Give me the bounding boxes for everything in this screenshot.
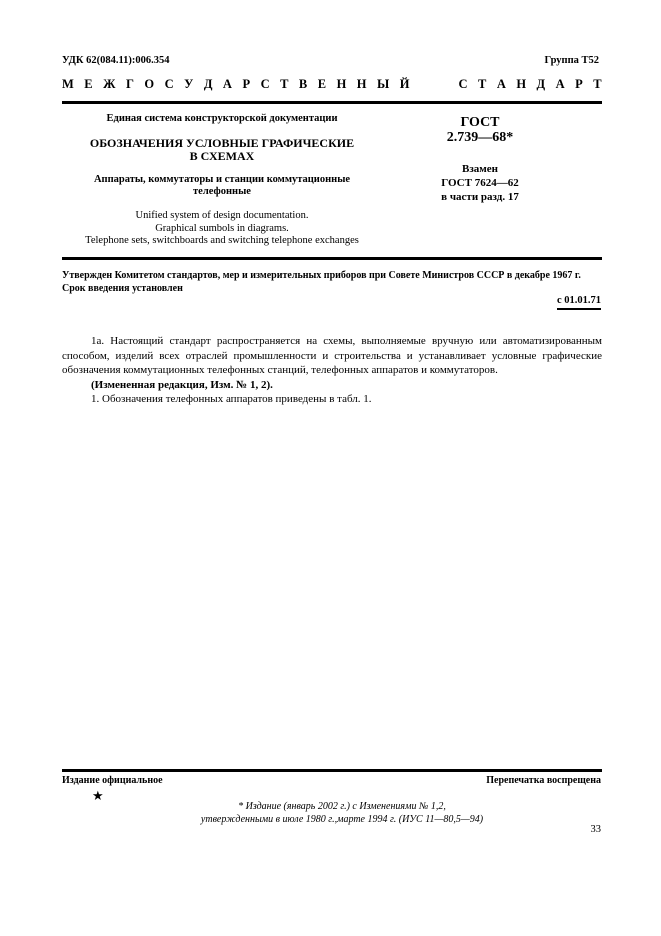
approval-statement: Утвержден Комитетом стандартов, мер и из…	[62, 269, 607, 295]
replaces-line-3: в части разд. 17	[410, 190, 550, 204]
amended-note: (Измененная редакция, Изм. № 1, 2).	[62, 378, 602, 393]
edition-note: * Издание (январь 2002 г.) с Изменениями…	[62, 800, 622, 826]
document-title-line-2: В СХЕМАХ	[62, 150, 382, 163]
edition-note-line-2: утвержденными в июле 1980 г.,марте 1994 …	[62, 813, 622, 826]
document-title: ОБОЗНАЧЕНИЯ УСЛОВНЫЕ ГРАФИЧЕСКИЕ В СХЕМА…	[62, 137, 382, 163]
banner-gap	[420, 77, 448, 92]
banner-word-1-letter: У	[184, 77, 193, 92]
replaces-line-2: ГОСТ 7624—62	[410, 176, 550, 190]
banner-word-1-letter: М	[62, 77, 74, 92]
english-title-line-3: Telephone sets, switchboards and switchi…	[62, 235, 382, 248]
banner-word-1-letter: О	[144, 77, 154, 92]
group-code: Группа Т52	[545, 55, 599, 66]
introduction-term: Срок введения установлен	[62, 282, 607, 295]
banner-word-1-letter: Й	[400, 77, 410, 92]
introduction-date: с 01.01.71	[557, 295, 601, 310]
banner-word-2-letter: Р	[575, 77, 583, 92]
replaces-line-1: Взамен	[410, 162, 550, 176]
banner-word-1-letter: Ж	[103, 77, 115, 92]
paragraph-1a: 1а. Настоящий стандарт распространяется …	[62, 334, 602, 378]
document-subtitle-line-1: Аппараты, коммутаторы и станции коммутац…	[62, 174, 382, 186]
banner-word-2-letter: Д	[537, 77, 546, 92]
banner-word-1-letter: Р	[242, 77, 250, 92]
edition-note-line-1: * Издание (январь 2002 г.) с Изменениями…	[62, 800, 622, 813]
gost-label: ГОСТ	[410, 115, 550, 130]
document-subtitle: Аппараты, коммутаторы и станции коммутац…	[62, 174, 382, 198]
english-title: Unified system of design documentation. …	[62, 210, 382, 248]
udk-code: УДК 62(084.11):006.354	[62, 55, 170, 66]
banner-word-1-letter: Н	[337, 77, 347, 92]
page-number: 33	[591, 824, 602, 835]
banner-word-1-letter: Г	[126, 77, 134, 92]
gost-block: ГОСТ 2.739—68* Взамен ГОСТ 7624—62 в час…	[410, 115, 550, 204]
system-name: Единая система конструкторской документа…	[62, 113, 382, 124]
banner-word-1-letter: Ы	[377, 77, 389, 92]
interstate-standard-banner: МЕЖГОСУДАРСТВЕННЫЙСТАНДАРТ	[62, 77, 602, 92]
banner-word-1-letter: Е	[318, 77, 326, 92]
approved-by: Утвержден Комитетом стандартов, мер и из…	[62, 269, 607, 282]
banner-word-1-letter: Н	[357, 77, 367, 92]
title-block: Единая система конструкторской документа…	[62, 113, 382, 248]
banner-word-2-letter: Т	[593, 77, 601, 92]
banner-word-1-letter: Д	[204, 77, 213, 92]
banner-word-1-letter: С	[261, 77, 270, 92]
banner-word-1-letter: Т	[280, 77, 288, 92]
header-rule	[62, 101, 602, 104]
banner-word-2-letter: А	[556, 77, 565, 92]
replaces-note: Взамен ГОСТ 7624—62 в части разд. 17	[410, 162, 550, 204]
banner-word-1-letter: С	[165, 77, 174, 92]
english-title-line-2: Graphical sumbols in diagrams.	[62, 223, 382, 236]
banner-word-1-letter: А	[223, 77, 232, 92]
banner-word-2-letter: Т	[478, 77, 486, 92]
banner-word-2-letter: А	[497, 77, 506, 92]
banner-word-2-letter: Н	[516, 77, 526, 92]
gost-number: 2.739—68*	[410, 130, 550, 145]
paragraph-1: 1. Обозначения телефонных аппаратов прив…	[62, 392, 602, 407]
footer-rule	[62, 769, 602, 772]
reprint-prohibited: Перепечатка воспрещена	[486, 775, 601, 786]
english-title-line-1: Unified system of design documentation.	[62, 210, 382, 223]
official-edition: Издание официальное	[62, 775, 163, 786]
banner-word-2-letter: С	[458, 77, 467, 92]
banner-word-1-letter: Е	[84, 77, 92, 92]
document-subtitle-line-2: телефонные	[62, 186, 382, 198]
title-rule	[62, 257, 602, 260]
banner-word-1-letter: В	[299, 77, 307, 92]
body-text: 1а. Настоящий стандарт распространяется …	[62, 334, 602, 407]
